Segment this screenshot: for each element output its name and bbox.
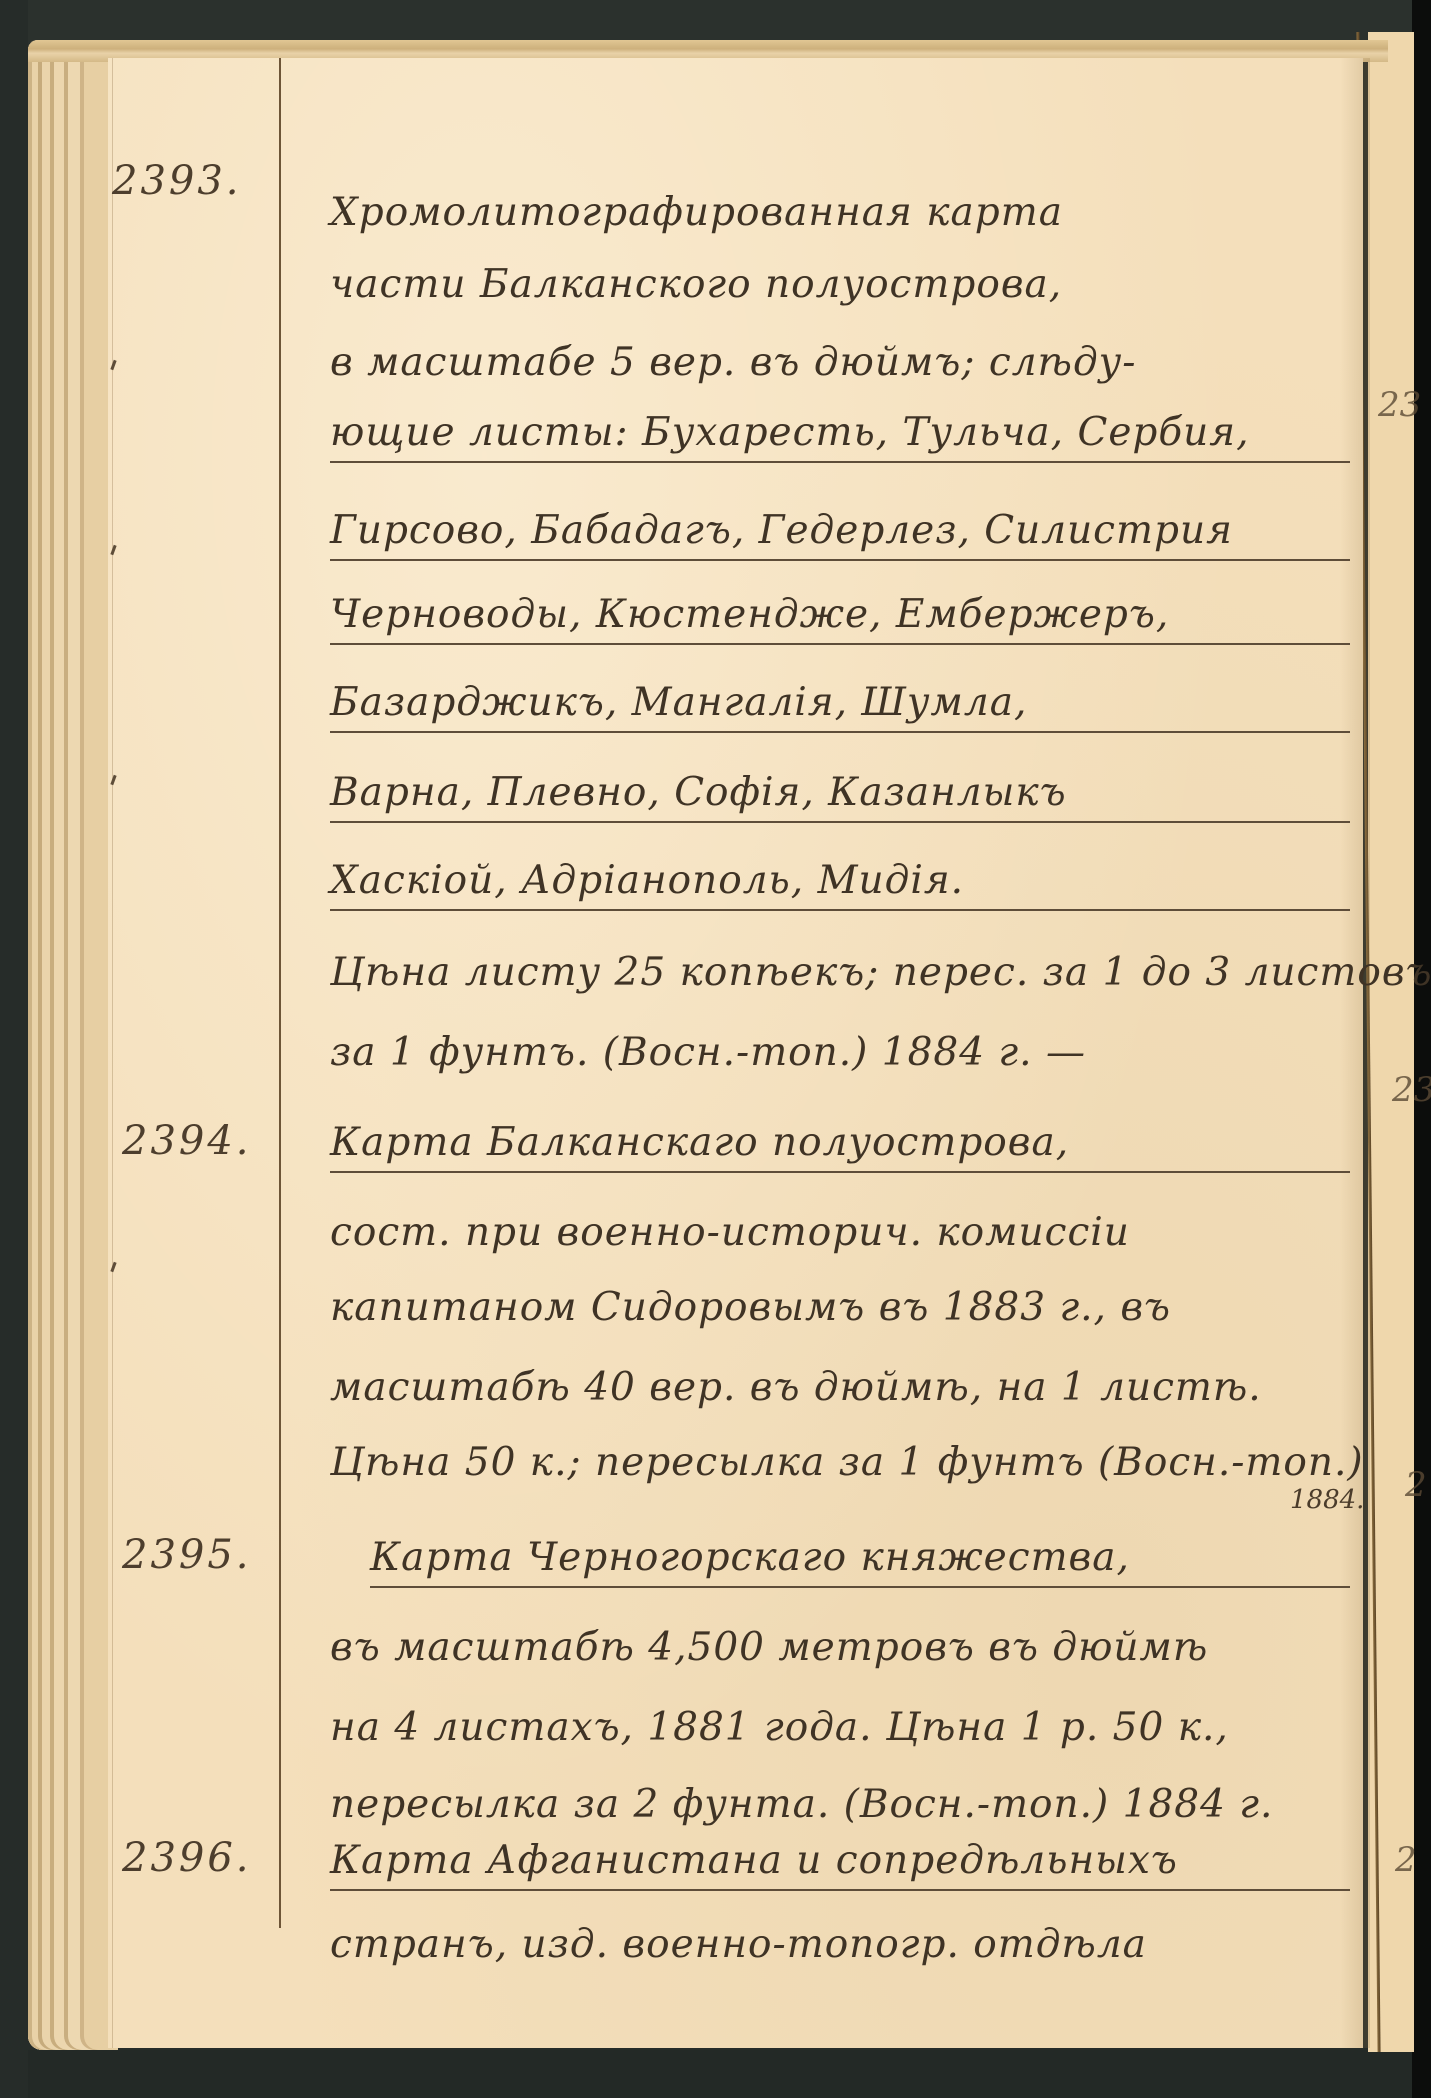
entry-line: части Балканского полуострова,: [330, 262, 1350, 307]
entry-line: пересылка за 2 фунта. (Восн.-топ.) 1884 …: [330, 1782, 1350, 1827]
entry-line-underlined: Базарджикъ, Мангалія, Шумла,: [330, 680, 1350, 733]
entry-line: капитаном Сидоровымъ въ 1883 г., въ: [330, 1285, 1350, 1330]
background-right: [1412, 0, 1431, 2098]
next-page-number: 2: [1395, 1840, 1417, 1880]
margin-rule: [279, 58, 281, 1928]
entry-line: за 1 фунтъ. (Восн.-топ.) 1884 г. —: [330, 1030, 1350, 1075]
entry-line: в масштабе 5 вер. въ дюймъ; слѣду-: [330, 340, 1350, 385]
entry-line: масштабѣ 40 вер. въ дюймѣ, на 1 листѣ.: [330, 1365, 1350, 1410]
entry-line: въ масштабѣ 4,500 метровъ въ дюймѣ: [330, 1625, 1350, 1670]
entry-line-underlined: ющие листы: Бухаресть, Тульча, Сербия,: [330, 410, 1350, 463]
entry-line: странъ, изд. военно-топогр. отдѣла: [330, 1922, 1350, 1967]
page-edges-stack: [28, 40, 118, 2050]
background-bottom: [0, 2050, 1431, 2098]
next-page-number: 2: [1405, 1465, 1427, 1505]
entry-title-underlined: Карта Черногорскаго княжества,: [370, 1535, 1350, 1588]
entry-number: 2396.: [122, 1835, 272, 1881]
entry-line: Хромолитографированная карта: [330, 190, 1350, 235]
entry-line-underlined: Варна, Плевно, Софія, Казанлыкъ: [330, 770, 1350, 823]
entry-line-underlined: Черноводы, Кюстендже, Ембержеръ,: [330, 592, 1350, 645]
entry-line: Цѣна листу 25 копѣекъ; перес. за 1 до 3 …: [330, 950, 1350, 995]
entry-number: 2394.: [122, 1118, 272, 1164]
margin-year-note: 1884.: [1290, 1485, 1364, 1515]
entry-title-underlined: Карта Афганистана и сопредѣльныхъ: [330, 1838, 1350, 1891]
entry-line: на 4 листахъ, 1881 года. Цѣна 1 р. 50 к.…: [330, 1705, 1350, 1750]
entry-line: сост. при военно-историч. комиссіи: [330, 1210, 1350, 1255]
next-page-number: 23: [1378, 385, 1421, 425]
entry-line-underlined: Хаскіой, Адріанополь, Мидія.: [330, 858, 1350, 911]
entry-line: Цѣна 50 к.; пересылка за 1 фунтъ (Восн.-…: [330, 1440, 1350, 1485]
next-page-number: 23: [1392, 1070, 1431, 1110]
background-left: [0, 0, 28, 2098]
left-page-rule: [112, 58, 113, 2048]
entry-number: 2393.: [112, 158, 262, 204]
entry-title-underlined: Карта Балканскаго полуострова,: [330, 1120, 1350, 1173]
entry-line-underlined: Гирсово, Бабадагъ, Гедерлез, Силистрия: [330, 508, 1350, 561]
entry-number: 2395.: [122, 1532, 272, 1578]
